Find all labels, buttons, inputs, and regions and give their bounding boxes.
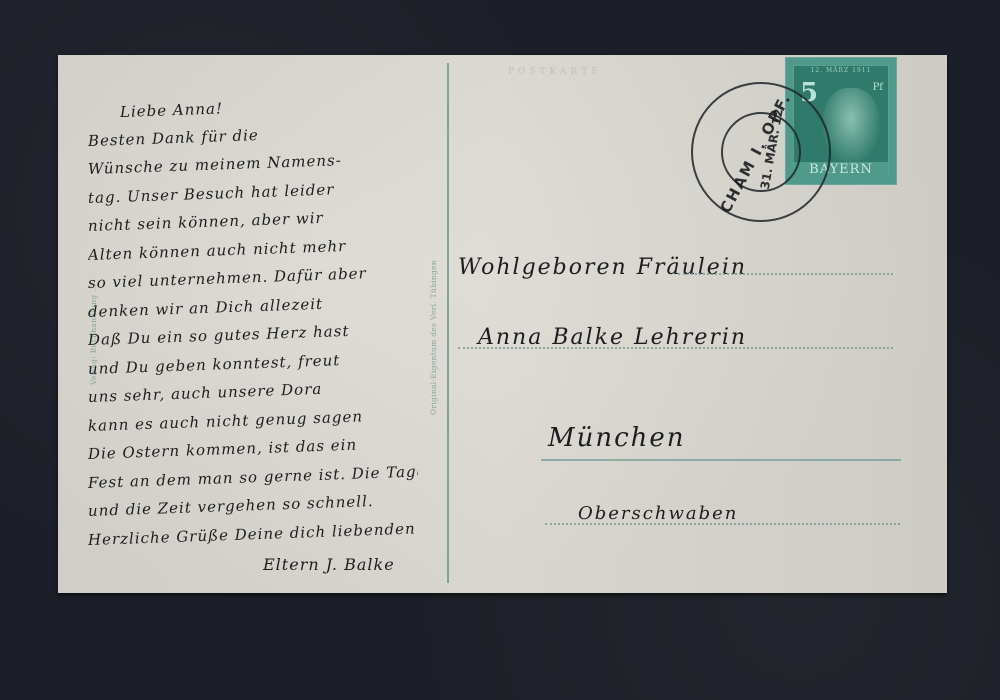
message-line: denken wir an Dich allezeit xyxy=(88,294,324,320)
message-line: uns sehr, auch unsere Dora xyxy=(88,380,323,406)
message-line: kann es auch nicht genug sagen xyxy=(88,407,364,435)
message-line: nicht sein können, aber wir xyxy=(88,209,324,235)
message-line: Wünsche zu meinem Namens- xyxy=(88,151,342,178)
stamp-issue-text: 12. MÄRZ 1911 xyxy=(794,67,888,74)
message-line: und Du geben konntest, freut xyxy=(88,351,341,378)
message-line: und die Zeit vergehen so schnell. xyxy=(88,492,374,520)
address-dotted-line-4 xyxy=(545,523,900,525)
message-line: Alten können auch nicht mehr xyxy=(88,236,347,263)
address-line-3: München xyxy=(548,423,686,453)
message-line: Die Ostern kommen, ist das ein xyxy=(88,436,358,463)
center-divider-line xyxy=(447,63,449,583)
signature: Eltern J. Balke xyxy=(263,555,395,574)
message-line: Fest an dem man so gerne ist. Die Tage xyxy=(88,462,418,492)
message-line: Liebe Anna! xyxy=(120,99,224,121)
stamp-unit: Pf xyxy=(873,82,883,93)
message-line: Daß Du ein so gutes Herz hast xyxy=(88,322,350,349)
message-line: Besten Dank für die xyxy=(88,126,259,150)
address-line-1: Wohlgeboren Fräulein xyxy=(458,255,747,280)
postmark-cancellation: CHAM I. OPF. 31. MÄR. 12 xyxy=(691,82,831,222)
postcard: POSTKARTE Verlag: Buchhandlung ... Origi… xyxy=(58,55,947,593)
address-line-4: Oberschwaben xyxy=(578,503,738,524)
address-dotted-line-1 xyxy=(678,273,893,275)
message-line: Herzliche Grüße Deine dich liebenden xyxy=(88,519,416,548)
address-solid-line xyxy=(541,459,901,461)
postcard-header-print: POSTKARTE xyxy=(508,67,602,77)
message-line: so viel unternehmen. Dafür aber xyxy=(88,264,367,292)
address-dotted-line-2 xyxy=(458,347,893,349)
copyright-vertical-print: Original-Eigentum des Verl. Tübingen xyxy=(429,260,438,415)
message-line: tag. Unser Besuch hat leider xyxy=(88,180,335,207)
